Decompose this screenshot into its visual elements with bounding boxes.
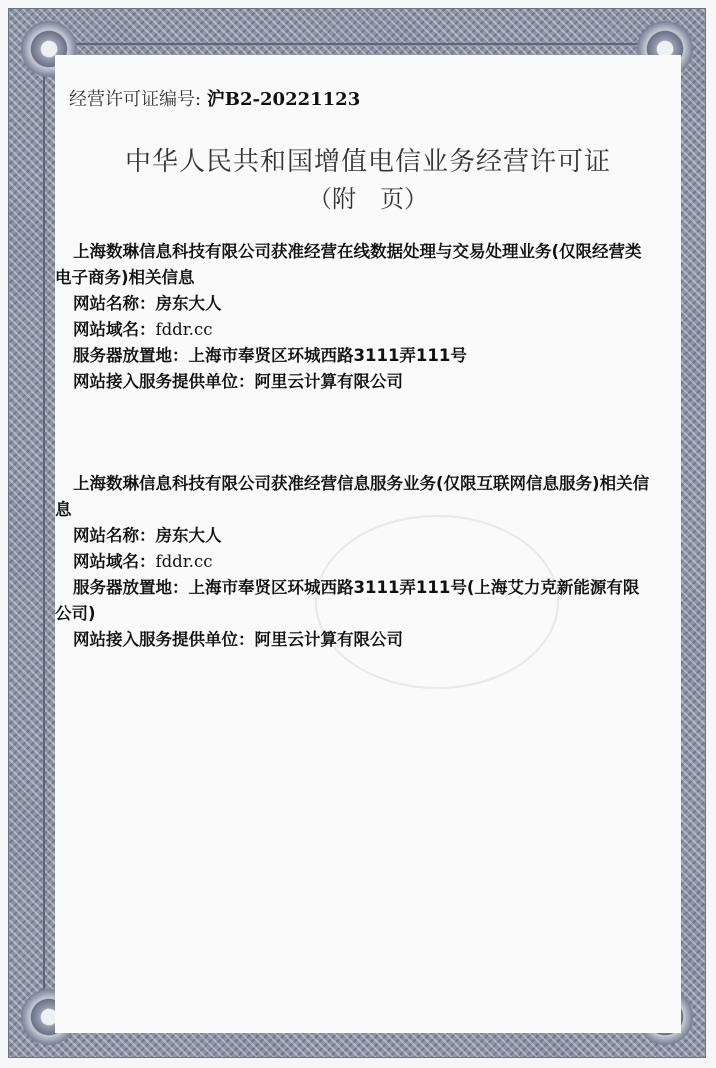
site-name: 网站名称：房东大人	[55, 291, 655, 317]
section-heading: 上海数琳信息科技有限公司获准经营在线数据处理与交易处理业务(仅限经营类电子商务)…	[55, 239, 655, 291]
site-domain-label: 网站域名：	[73, 320, 156, 339]
certificate-page: 经营许可证编号: 沪B2-20221123 中华人民共和国增值电信业务经营许可证…	[55, 55, 681, 1033]
site-name: 网站名称：房东大人	[55, 523, 655, 549]
certificate-border: 经营许可证编号: 沪B2-20221123 中华人民共和国增值电信业务经营许可证…	[8, 8, 706, 1058]
site-domain-value: fddr.cc	[156, 552, 213, 571]
site-domain-label: 网站域名：	[73, 552, 156, 571]
site-domain-value: fddr.cc	[156, 320, 213, 339]
license-number-value: 沪B2-20221123	[207, 89, 360, 110]
document-subtitle: （附 页）	[55, 179, 681, 214]
server-location: 服务器放置地：上海市奉贤区环城西路3111弄111号(上海艾力克新能源有限公司)	[55, 575, 655, 627]
site-domain: 网站域名：fddr.cc	[55, 317, 655, 343]
license-section-2: 上海数琳信息科技有限公司获准经营信息服务业务(仅限互联网信息服务)相关信息 网站…	[55, 471, 655, 653]
license-number-label: 经营许可证编号:	[69, 89, 201, 110]
site-domain: 网站域名：fddr.cc	[55, 549, 655, 575]
section-heading: 上海数琳信息科技有限公司获准经营信息服务业务(仅限互联网信息服务)相关信息	[55, 471, 655, 523]
access-provider: 网站接入服务提供单位：阿里云计算有限公司	[55, 369, 655, 395]
document-title: 中华人民共和国增值电信业务经营许可证	[55, 141, 681, 178]
license-number: 经营许可证编号: 沪B2-20221123	[69, 85, 360, 111]
license-section-1: 上海数琳信息科技有限公司获准经营在线数据处理与交易处理业务(仅限经营类电子商务)…	[55, 239, 655, 395]
access-provider: 网站接入服务提供单位：阿里云计算有限公司	[55, 627, 655, 653]
server-location: 服务器放置地：上海市奉贤区环城西路3111弄111号	[55, 343, 655, 369]
